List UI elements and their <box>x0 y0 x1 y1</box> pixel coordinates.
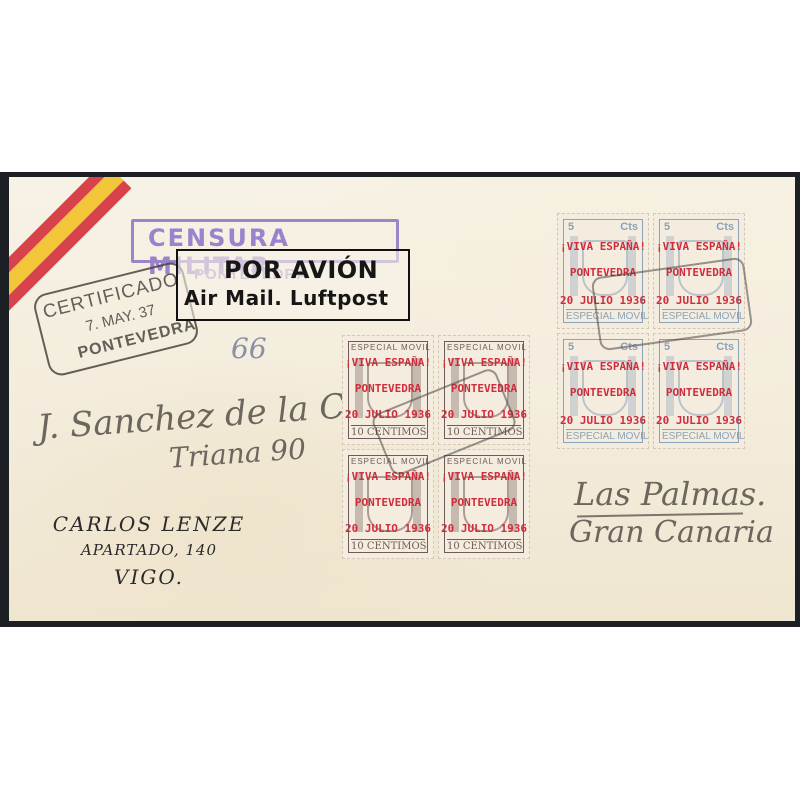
handwritten-destination-island: Gran Canaria <box>569 515 774 550</box>
handwritten-sender-street: Triana 90 <box>168 432 307 474</box>
handwritten-number: 66 <box>231 332 267 365</box>
sender-po-box: APARTADO, 140 <box>39 541 259 559</box>
airmail-label-translation: Air Mail. Luftpost <box>184 286 389 310</box>
handwritten-destination-city: Las Palmas. <box>574 475 766 513</box>
stamp: 5 Cts ¡VIVA ESPAÑA! PONTEVEDRA 20 JULIO … <box>557 333 649 449</box>
airmail-label-spanish: POR AVIÓN <box>224 256 378 284</box>
sender-name: CARLOS LENZE <box>39 512 259 536</box>
sender-city: VIGO. <box>39 565 259 589</box>
envelope: CENSURA MILITAR PONTEVEDRA CERTIFICADO 7… <box>9 177 795 621</box>
printed-sender-address: CARLOS LENZE APARTADO, 140 VIGO. <box>39 512 259 589</box>
airmail-label: POR AVIÓN Air Mail. Luftpost <box>176 249 410 321</box>
stamp: 5 Cts ¡VIVA ESPAÑA! PONTEVEDRA 20 JULIO … <box>653 333 745 449</box>
stamp: ESPECIAL MOVIL ¡VIVA ESPAÑA! PONTEVEDRA … <box>438 449 530 559</box>
